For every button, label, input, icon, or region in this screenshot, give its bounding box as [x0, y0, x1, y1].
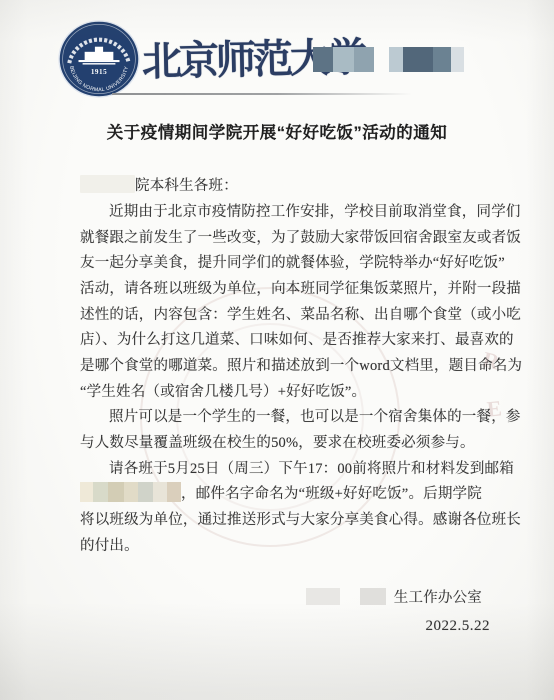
- body-line: 请各班于5月25日（周三）下午17：00前将照片和材料发到邮箱: [80, 457, 514, 477]
- mosaic-cell: [80, 482, 93, 502]
- text-run: 将以班级为单位，通过推送形式与大家分享美食心得。感谢各位班长: [80, 508, 521, 529]
- body-line: 述性的话，内容包含：学生姓名、菜品名称、出自哪个食堂（或小吃: [80, 303, 521, 323]
- mosaic-cell: [124, 482, 138, 502]
- text-run: 友一起分享美食，提升同学们的就餐体验，学院特举办“好好吃饭”: [80, 251, 505, 272]
- text-run: 近期由于北京市疫情防控工作安排，学校目前取消堂食，同学们: [109, 200, 521, 221]
- text-run: 是哪个食堂的哪道菜。照片和描述放到一个word文档里，题目命名为: [80, 354, 522, 375]
- body-line: ，邮件名字命名为“班级+好好吃饭”。后期学院: [80, 482, 482, 502]
- text-run: 就餐跟之前发生了一些改变，为了鼓励大家带饭回宿舍跟室友或者饭: [80, 226, 521, 247]
- mosaic-cell: [108, 482, 124, 502]
- text-run: 活动，请各班以班级为单位，向本班同学征集饭菜照片，并附一段描: [80, 277, 521, 298]
- text-run: 店）、为什么打这几道菜、口味如何、是否推荐大家来打、最喜欢的: [80, 328, 514, 349]
- mosaic-cell: [153, 482, 167, 502]
- body-line: 院本科生各班：: [80, 174, 238, 194]
- body-line: 就餐跟之前发生了一些改变，为了鼓励大家带饭回宿舍跟室友或者饭: [80, 226, 521, 246]
- signature-office: 生工作办公室: [306, 586, 482, 606]
- mosaic-cell: [306, 588, 340, 605]
- redaction-mosaic: [80, 482, 181, 502]
- body-line: 的付出。: [80, 534, 139, 554]
- redaction-mosaic: [306, 588, 340, 605]
- text-run: 照片可以是一个学生的一餐，也可以是一个宿舍集体的一餐，参: [109, 405, 521, 426]
- redaction-mosaic: [360, 588, 386, 605]
- body-line: 店）、为什么打这几道菜、口味如何、是否推荐大家来打、最喜欢的: [80, 328, 514, 348]
- mosaic-cell: [360, 588, 386, 605]
- text-run: 生工作办公室: [394, 586, 482, 607]
- mosaic-cell: [138, 482, 153, 502]
- mosaic-cell: [93, 482, 108, 502]
- text-run: 述性的话，内容包含：学生姓名、菜品名称、出自哪个食堂（或小吃: [80, 303, 521, 324]
- text-run: ，邮件名字命名为“班级+好好吃饭”。后期学院: [181, 482, 482, 503]
- body-line: 将以班级为单位，通过推送形式与大家分享美食心得。感谢各位班长: [80, 508, 521, 528]
- redaction-light: [80, 175, 135, 193]
- text-run: 请各班于5月25日（周三）下午17：00前将照片和材料发到邮箱: [109, 457, 514, 478]
- body-line: 与人数尽量覆盖班级在校生的50%，要求在校班委必须参与。: [80, 431, 475, 451]
- text-run: “学生姓名（或宿舍几楼几号）+好好吃饭”。: [80, 380, 366, 401]
- text-run: 的付出。: [80, 534, 139, 555]
- notice-photo-page: R E 1915 BEIJING NORMAL UNIVERSITY 北京师范大…: [0, 0, 554, 700]
- body-line: 友一起分享美食，提升同学们的就餐体验，学院特举办“好好吃饭”: [80, 251, 505, 271]
- text-run: 院本科生各班：: [135, 174, 238, 195]
- body-line: 是哪个食堂的哪道菜。照片和描述放到一个word文档里，题目命名为: [80, 354, 522, 374]
- text-run: 与人数尽量覆盖班级在校生的50%，要求在校班委必须参与。: [80, 431, 475, 452]
- body-line: 近期由于北京市疫情防控工作安排，学校目前取消堂食，同学们: [80, 200, 521, 220]
- body-line: 照片可以是一个学生的一餐，也可以是一个宿舍集体的一餐，参: [80, 405, 521, 425]
- mosaic-cell: [167, 482, 181, 502]
- body-line: “学生姓名（或宿舍几楼几号）+好好吃饭”。: [80, 380, 366, 400]
- body-line: 活动，请各班以班级为单位，向本班同学征集饭菜照片，并附一段描: [80, 277, 521, 297]
- notice-date: 2022.5.22: [426, 618, 491, 635]
